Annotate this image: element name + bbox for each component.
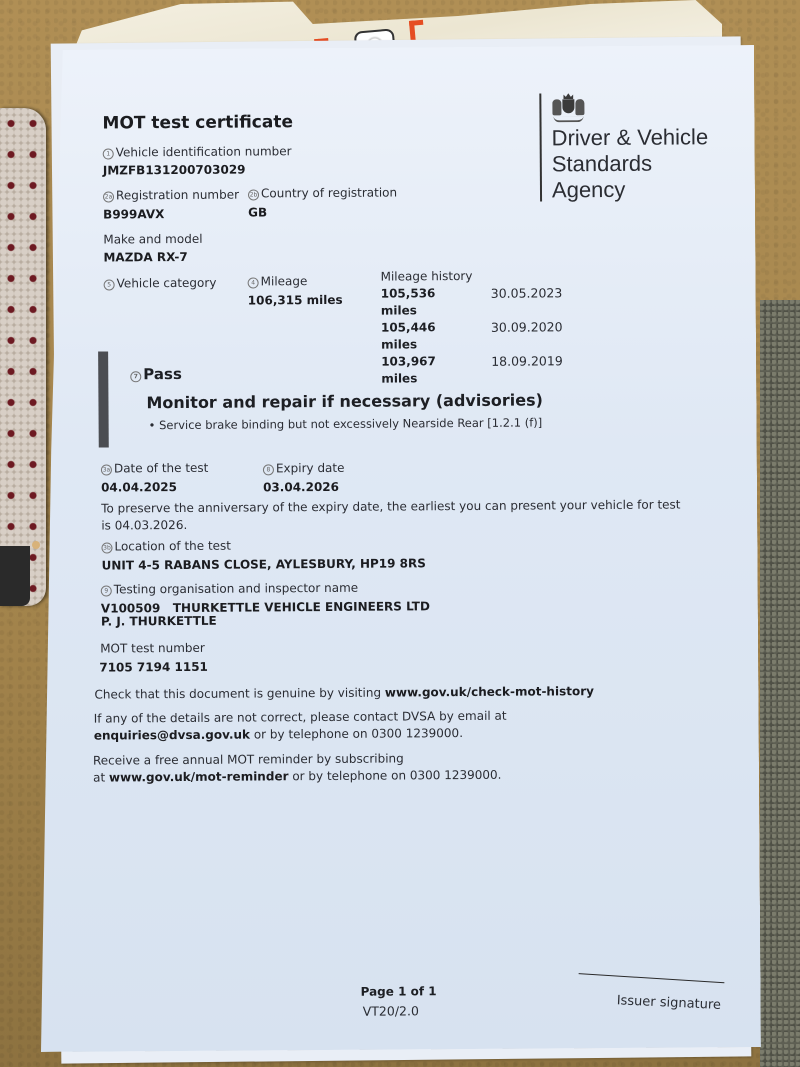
page-number: Page 1 of 1 [361,984,437,999]
make-model-label: Make and model [103,232,202,247]
field-number-icon: 5 [104,279,115,290]
earliest-test-note: To preserve the anniversary of the expir… [101,496,681,534]
mot-reminder-link[interactable]: www.gov.uk/mot-reminder [109,769,289,784]
mileage-label: 4Mileage [248,274,308,288]
field-number-icon: 2b [248,189,259,200]
contact-text: If any of the details are not correct, p… [94,708,534,745]
beaded-strap-object [0,108,46,606]
result-status: 7Pass [130,365,182,383]
field-number-icon: 9 [101,585,112,596]
field-number-icon: 3b [101,542,112,553]
carpet-background [760,300,800,1067]
vin-label: 1Vehicle identification number [103,144,292,159]
signature-line [579,973,725,983]
field-number-icon: 1 [103,148,114,159]
certificate-title: MOT test certificate [102,112,293,133]
expiry-date-label: 8Expiry date [263,461,345,476]
mileage-value: 106,315 miles [248,293,343,308]
country-value: GB [248,205,267,219]
country-label: 2bCountry of registration [248,185,397,200]
location-value: UNIT 4-5 RABANS CLOSE, AYLESBURY, HP19 8… [102,556,426,572]
form-code: VT20/2.0 [363,1003,419,1018]
agency-name: Driver & Vehicle Standards Agency [552,124,709,203]
vin-value: JMZFB131200703029 [103,163,246,178]
dvsa-email-link[interactable]: enquiries@dvsa.gov.uk [94,728,250,743]
result-side-bar [98,351,109,447]
mileage-history-row: 103,967 miles 18.09.2019 [381,352,563,387]
loose-bead [32,541,40,549]
field-number-icon: 7 [130,371,141,382]
field-number-icon: 2a [103,191,114,202]
mileage-history-label: Mileage history [381,269,473,284]
expiry-date-value: 03.04.2026 [263,480,339,495]
check-mot-history-link[interactable]: www.gov.uk/check-mot-history [385,684,594,699]
make-model-value: MAZDA RX-7 [103,250,187,265]
mileage-history-row: 105,446 miles 30.09.2020 [381,318,563,353]
org-name: THURKETTLE VEHICLE ENGINEERS LTD [173,599,430,615]
testing-org-value: V100509 THURKETTLE VEHICLE ENGINEERS LTD [101,599,430,615]
genuine-check-text: Check that this document is genuine by v… [94,683,594,703]
bullet-icon: • [149,418,160,432]
mileage-history-row: 105,536 miles 30.05.2023 [381,284,563,319]
test-date-value: 04.04.2025 [101,480,177,495]
registration-label: 2aRegistration number [103,188,239,203]
testing-org-label: 9Testing organisation and inspector name [101,581,358,597]
advisory-item: • Service brake binding but not excessiv… [149,415,543,432]
vehicle-category-label: 5Vehicle category [104,276,217,291]
location-label: 3bLocation of the test [101,539,231,554]
test-date-label: 3aDate of the test [101,461,209,476]
reminder-text: Receive a free annual MOT reminder by su… [93,749,553,786]
field-number-icon: 4 [248,277,259,288]
mot-certificate-sheet: MOT test certificate Driver & Vehicle St… [34,45,761,1052]
registration-value: B999AVX [103,207,164,221]
agency-logo: Driver & Vehicle Standards Agency [539,92,708,201]
royal-coat-of-arms-icon [551,93,585,123]
inspector-name: P. J. THURKETTLE [101,614,217,629]
test-number-label: MOT test number [100,641,205,656]
advisories-heading: Monitor and repair if necessary (advisor… [146,390,543,412]
field-number-icon: 8 [263,464,274,475]
test-number-value: 7105 7194 1151 [99,660,208,675]
field-number-icon: 3a [101,464,112,475]
issuer-signature-label: Issuer signature [616,993,721,1013]
mileage-history-list: 105,536 miles 30.05.2023 105,446 miles 3… [381,284,563,387]
